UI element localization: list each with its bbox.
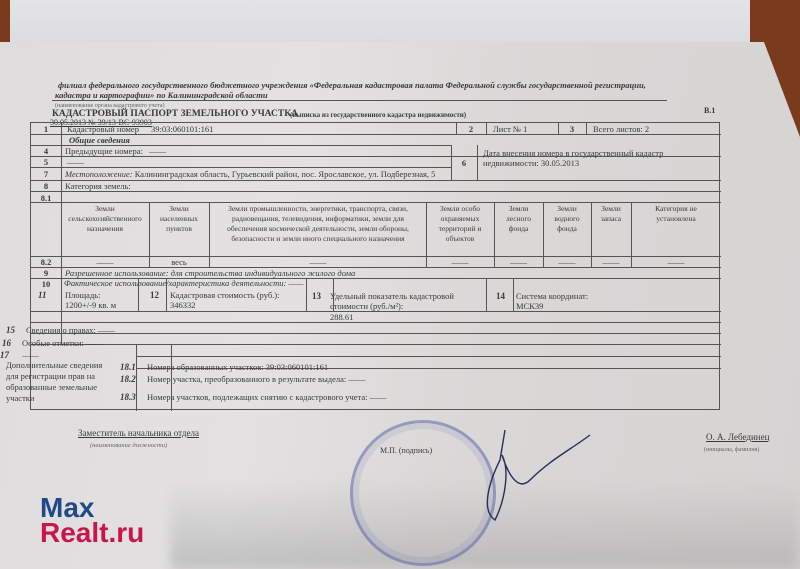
row-number: 5 xyxy=(31,157,61,167)
transformed-plot-value: —— xyxy=(348,374,365,384)
row-number: 14 xyxy=(496,291,505,301)
specific-value-label: Удельный показатель кадастровой стоимост… xyxy=(330,291,480,311)
position-title: Заместитель начальника отдела xyxy=(78,428,199,438)
permitted-use-value: для строительства индивидуального жилого… xyxy=(171,268,356,278)
row-number: 2 xyxy=(456,124,486,134)
previous-numbers-label: Предыдущие номера: xyxy=(65,146,143,156)
row-number: 4 xyxy=(31,146,61,156)
coordinate-system-label: Система координат: xyxy=(516,291,588,301)
previous-numbers-value: —— xyxy=(149,146,166,156)
signature xyxy=(460,420,600,530)
rights-info-value: —— xyxy=(98,325,115,335)
category-not-set: Категория не установлена xyxy=(635,204,717,224)
removed-plots: Номера участков, подлежащих снятию с кад… xyxy=(147,392,387,402)
cadastral-passport: филиал федерального государственного бюд… xyxy=(0,0,800,569)
sheet-number: Лист № 1 xyxy=(493,124,527,134)
cadastral-number-value: 39:03:060101:161 xyxy=(151,124,213,134)
signer-caption: (инициалы, фамилия) xyxy=(704,445,759,455)
row-number: 6 xyxy=(451,158,477,168)
category-forest: Земли лесного фонда xyxy=(496,204,541,234)
category-settlements: Земли населенных пунктов xyxy=(151,204,207,234)
value-water: —— xyxy=(545,257,589,267)
location-value: Калининградская область, Гурьевский райо… xyxy=(135,169,436,179)
specific-value: 288.61 xyxy=(330,312,353,322)
row-number: 1 xyxy=(31,124,61,134)
category-agricultural: Земли сельскохозяйственного назначения xyxy=(63,204,147,234)
land-category-label: Категория земель: xyxy=(65,181,131,191)
cadastral-number-label: Кадастровый номер xyxy=(67,124,139,134)
location: Местоположение: Калининградская область,… xyxy=(65,169,435,179)
actual-use: Фактическое использование/характеристика… xyxy=(64,278,304,288)
area-label: Площадь: xyxy=(65,290,101,300)
row-number: 8.2 xyxy=(31,257,61,267)
row-number: 7 xyxy=(31,169,61,179)
category-reserve: Земли запаса xyxy=(593,204,629,224)
formed-plots: Номера образованных участков: 39:03:0601… xyxy=(147,362,328,372)
row-number: 18.1 xyxy=(120,362,136,372)
registration-date-value: 30.05.2013 xyxy=(541,158,579,168)
transformed-plot: Номер участка, преобразованного в резуль… xyxy=(147,374,365,384)
row-number: 15 xyxy=(6,325,15,335)
org-line-1: филиал федерального государственного бюд… xyxy=(58,80,646,90)
row-number: 11 xyxy=(38,290,47,300)
value-industry: —— xyxy=(212,257,424,267)
row-number: 12 xyxy=(150,290,159,300)
watermark-line2: Realt.ru xyxy=(40,518,144,548)
row-number: 13 xyxy=(312,291,321,301)
special-notes: Особые отметки: —— xyxy=(22,338,103,348)
general-info-heading: Общие сведения xyxy=(69,135,130,145)
value-not-set: —— xyxy=(635,257,717,267)
row-number: 10 xyxy=(31,279,61,289)
row-5-value: —— xyxy=(67,157,84,167)
rights-info: Сведения о правах: —— xyxy=(26,325,115,335)
row-17-value: —— xyxy=(22,350,39,360)
formed-plots-value: 39:03:060101:161 xyxy=(266,362,328,372)
value-protected: —— xyxy=(428,257,492,267)
value-agricultural: —— xyxy=(63,257,147,267)
permitted-use: Разрешенное использование: для строитель… xyxy=(65,268,355,278)
stamp-caption: М.П. (подпись) xyxy=(380,446,432,456)
area-value: 1200+/-9 кв. м xyxy=(65,300,116,310)
total-sheets: Всего листов: 2 xyxy=(593,124,649,134)
special-notes-value: —— xyxy=(86,338,103,348)
value-forest: —— xyxy=(496,257,541,267)
row-number: 16 xyxy=(2,338,11,348)
cadastral-value: 346332 xyxy=(170,300,196,310)
registration-date-label: Дата внесения номера в государственный к… xyxy=(483,148,713,168)
signer-name: О. А. Лебединец xyxy=(706,432,769,442)
value-reserve: —— xyxy=(593,257,629,267)
coordinate-system-value: МСК39 xyxy=(516,301,543,311)
row-number: 18.3 xyxy=(120,392,136,402)
category-industry: Земли промышленности, энергетики, трансп… xyxy=(212,204,424,244)
value-settlements: весь xyxy=(151,257,207,267)
org-line-2: кадастра и картографии» по Калининградск… xyxy=(55,90,268,100)
form-code: В.1 xyxy=(704,106,715,116)
row-number: 18.2 xyxy=(120,374,136,384)
row-number: 8 xyxy=(31,181,61,191)
document-subtitle: (выписка из государственного кадастра не… xyxy=(290,110,466,120)
row-number: 17 xyxy=(0,350,9,360)
cadastral-value-label: Кадастровая стоимость (руб.): xyxy=(170,290,279,300)
position-caption: (наименование должности) xyxy=(90,441,167,451)
row-number: 8.1 xyxy=(31,193,61,203)
actual-use-value: —— xyxy=(288,278,303,288)
category-water: Земли водного фонда xyxy=(545,204,589,234)
row-number: 9 xyxy=(31,268,61,278)
row-number: 3 xyxy=(558,124,586,134)
additional-info-label: Дополнительные сведения для регистрации … xyxy=(6,360,106,404)
removed-plots-value: —— xyxy=(370,392,387,402)
category-protected: Земли особо охраняемых территорий и объе… xyxy=(428,204,492,244)
